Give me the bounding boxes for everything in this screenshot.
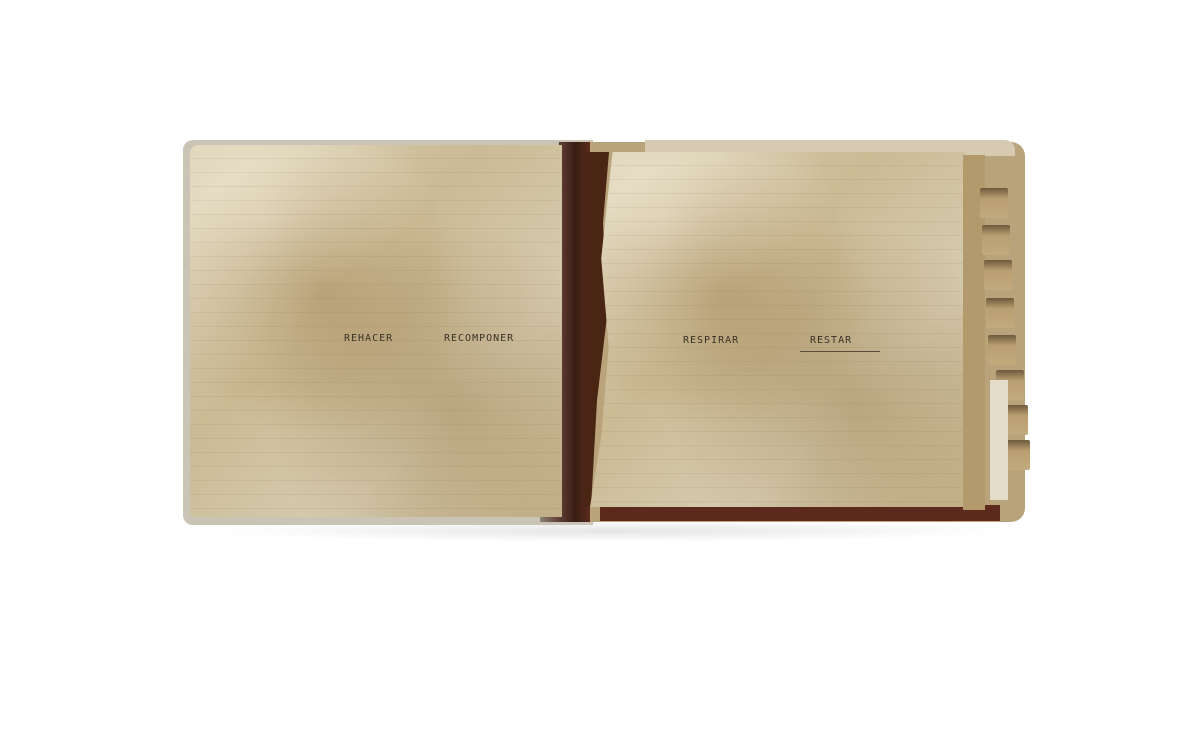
page-edge <box>990 380 1008 500</box>
handwritten-word: RESTAR <box>810 335 852 346</box>
index-tab <box>988 335 1016 365</box>
right-cover-bottom-edge <box>600 505 1000 521</box>
index-tab <box>984 260 1012 290</box>
index-tab <box>986 298 1014 328</box>
word-underline <box>800 351 880 352</box>
index-tab <box>982 225 1010 255</box>
handwritten-word: RESPIRAR <box>683 335 739 346</box>
handwritten-word: REHACER <box>344 333 393 344</box>
right-page <box>590 152 965 507</box>
index-tab <box>980 188 1008 218</box>
left-page <box>190 145 562 517</box>
handwritten-word: RECOMPONER <box>444 333 514 344</box>
